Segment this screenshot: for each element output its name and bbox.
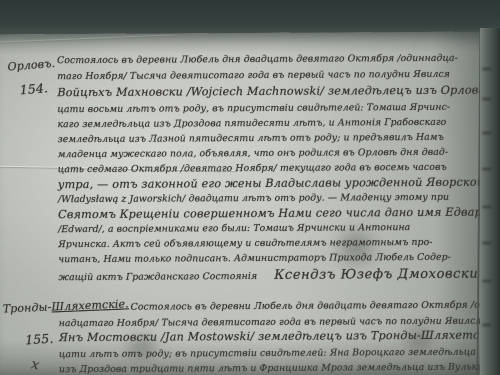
record-line-mother-name: утра, — отъ законной его жены Владыславы… [58,176,472,192]
record-line: цать седмаго Октября /девятаго Ноября/ т… [58,162,472,176]
ghost-text-mark [482,168,491,170]
record-line: Ярчинска. Актъ сей объявляющему и свидѣт… [58,237,472,251]
record-line-child-name: Святомъ Крещеніи совершенномъ Нами сего … [58,206,472,222]
record-line: цати лѣтъ отъ роду; въ присутствіи свидѣ… [59,347,473,361]
record-line: /Władysławą z Jaworskich/ двадцати лѣтъ … [58,192,472,206]
record-line: читанъ, Нами только подписанъ. Администр… [58,252,472,266]
record-line-declarant-name: Войцѣхъ Махновски /Wojciech Machnowski/ … [57,84,471,100]
ghost-text-mark [482,280,491,282]
record-line: земледѣльца изъ Лазной пятидесяти лѣтъ о… [58,132,472,146]
dark-table-background [0,0,500,36]
ghost-text-mark [482,132,491,134]
record-line: таго Ноября/ Тысяча девятисотаго года въ… [57,69,471,83]
ghost-text-mark [482,242,491,244]
priest-signature: Ксендзъ Юзефъ Дмоховски [274,267,478,283]
record-line: Состоялось въ деревни Любель дня двадцат… [57,53,471,67]
record-line: /Edward/, а воспріемниками его были: Том… [58,222,472,236]
record-line: каго земледѣльца изъ Дроздова пятидесяти… [57,117,471,131]
paper-crease [0,34,175,42]
entry-place-suffix: Шляхетскіе. [51,297,129,313]
closing-text: жащій актъ Гражданскаго Состоянія [58,271,257,283]
record-line-declarant-name: Янъ Мостовски /Jan Mostowski/ земледѣлец… [59,329,473,345]
entry-place-prefix: Тронды- [3,301,52,316]
record-line: младенца мужескаго пола, объявляя, что о… [58,147,472,161]
adjacent-page-edge [480,28,500,375]
record-line-closing: жащій актъ Гражданскаго Состоянія Ксендз… [58,267,472,285]
record-line: цати восьми лѣтъ отъ роду, въ присутстві… [57,102,471,116]
ghost-text-mark [482,98,491,100]
photograph-of-register-page: Орловъ. 154. Состоялось въ деревни Любел… [0,0,500,375]
entry-place-label: Тронды-Шляхетскіе. [3,297,129,315]
ghost-text-mark [482,324,491,326]
ghost-text-mark [482,68,491,70]
document-page: Орловъ. 154. Состоялось въ деревни Любел… [0,31,500,375]
ghost-text-mark [482,206,491,208]
record-line: изъ Дроздова тридцати пяти лѣтъ и Франци… [59,362,473,375]
entry-place-label: Орловъ. [7,57,55,74]
pencil-x-mark: x [30,356,41,373]
entry-number: 154. [19,80,48,97]
entry-number: 155. [25,331,54,348]
record-line: Состоялось въ деревни Любель дня двадцат… [131,300,473,313]
